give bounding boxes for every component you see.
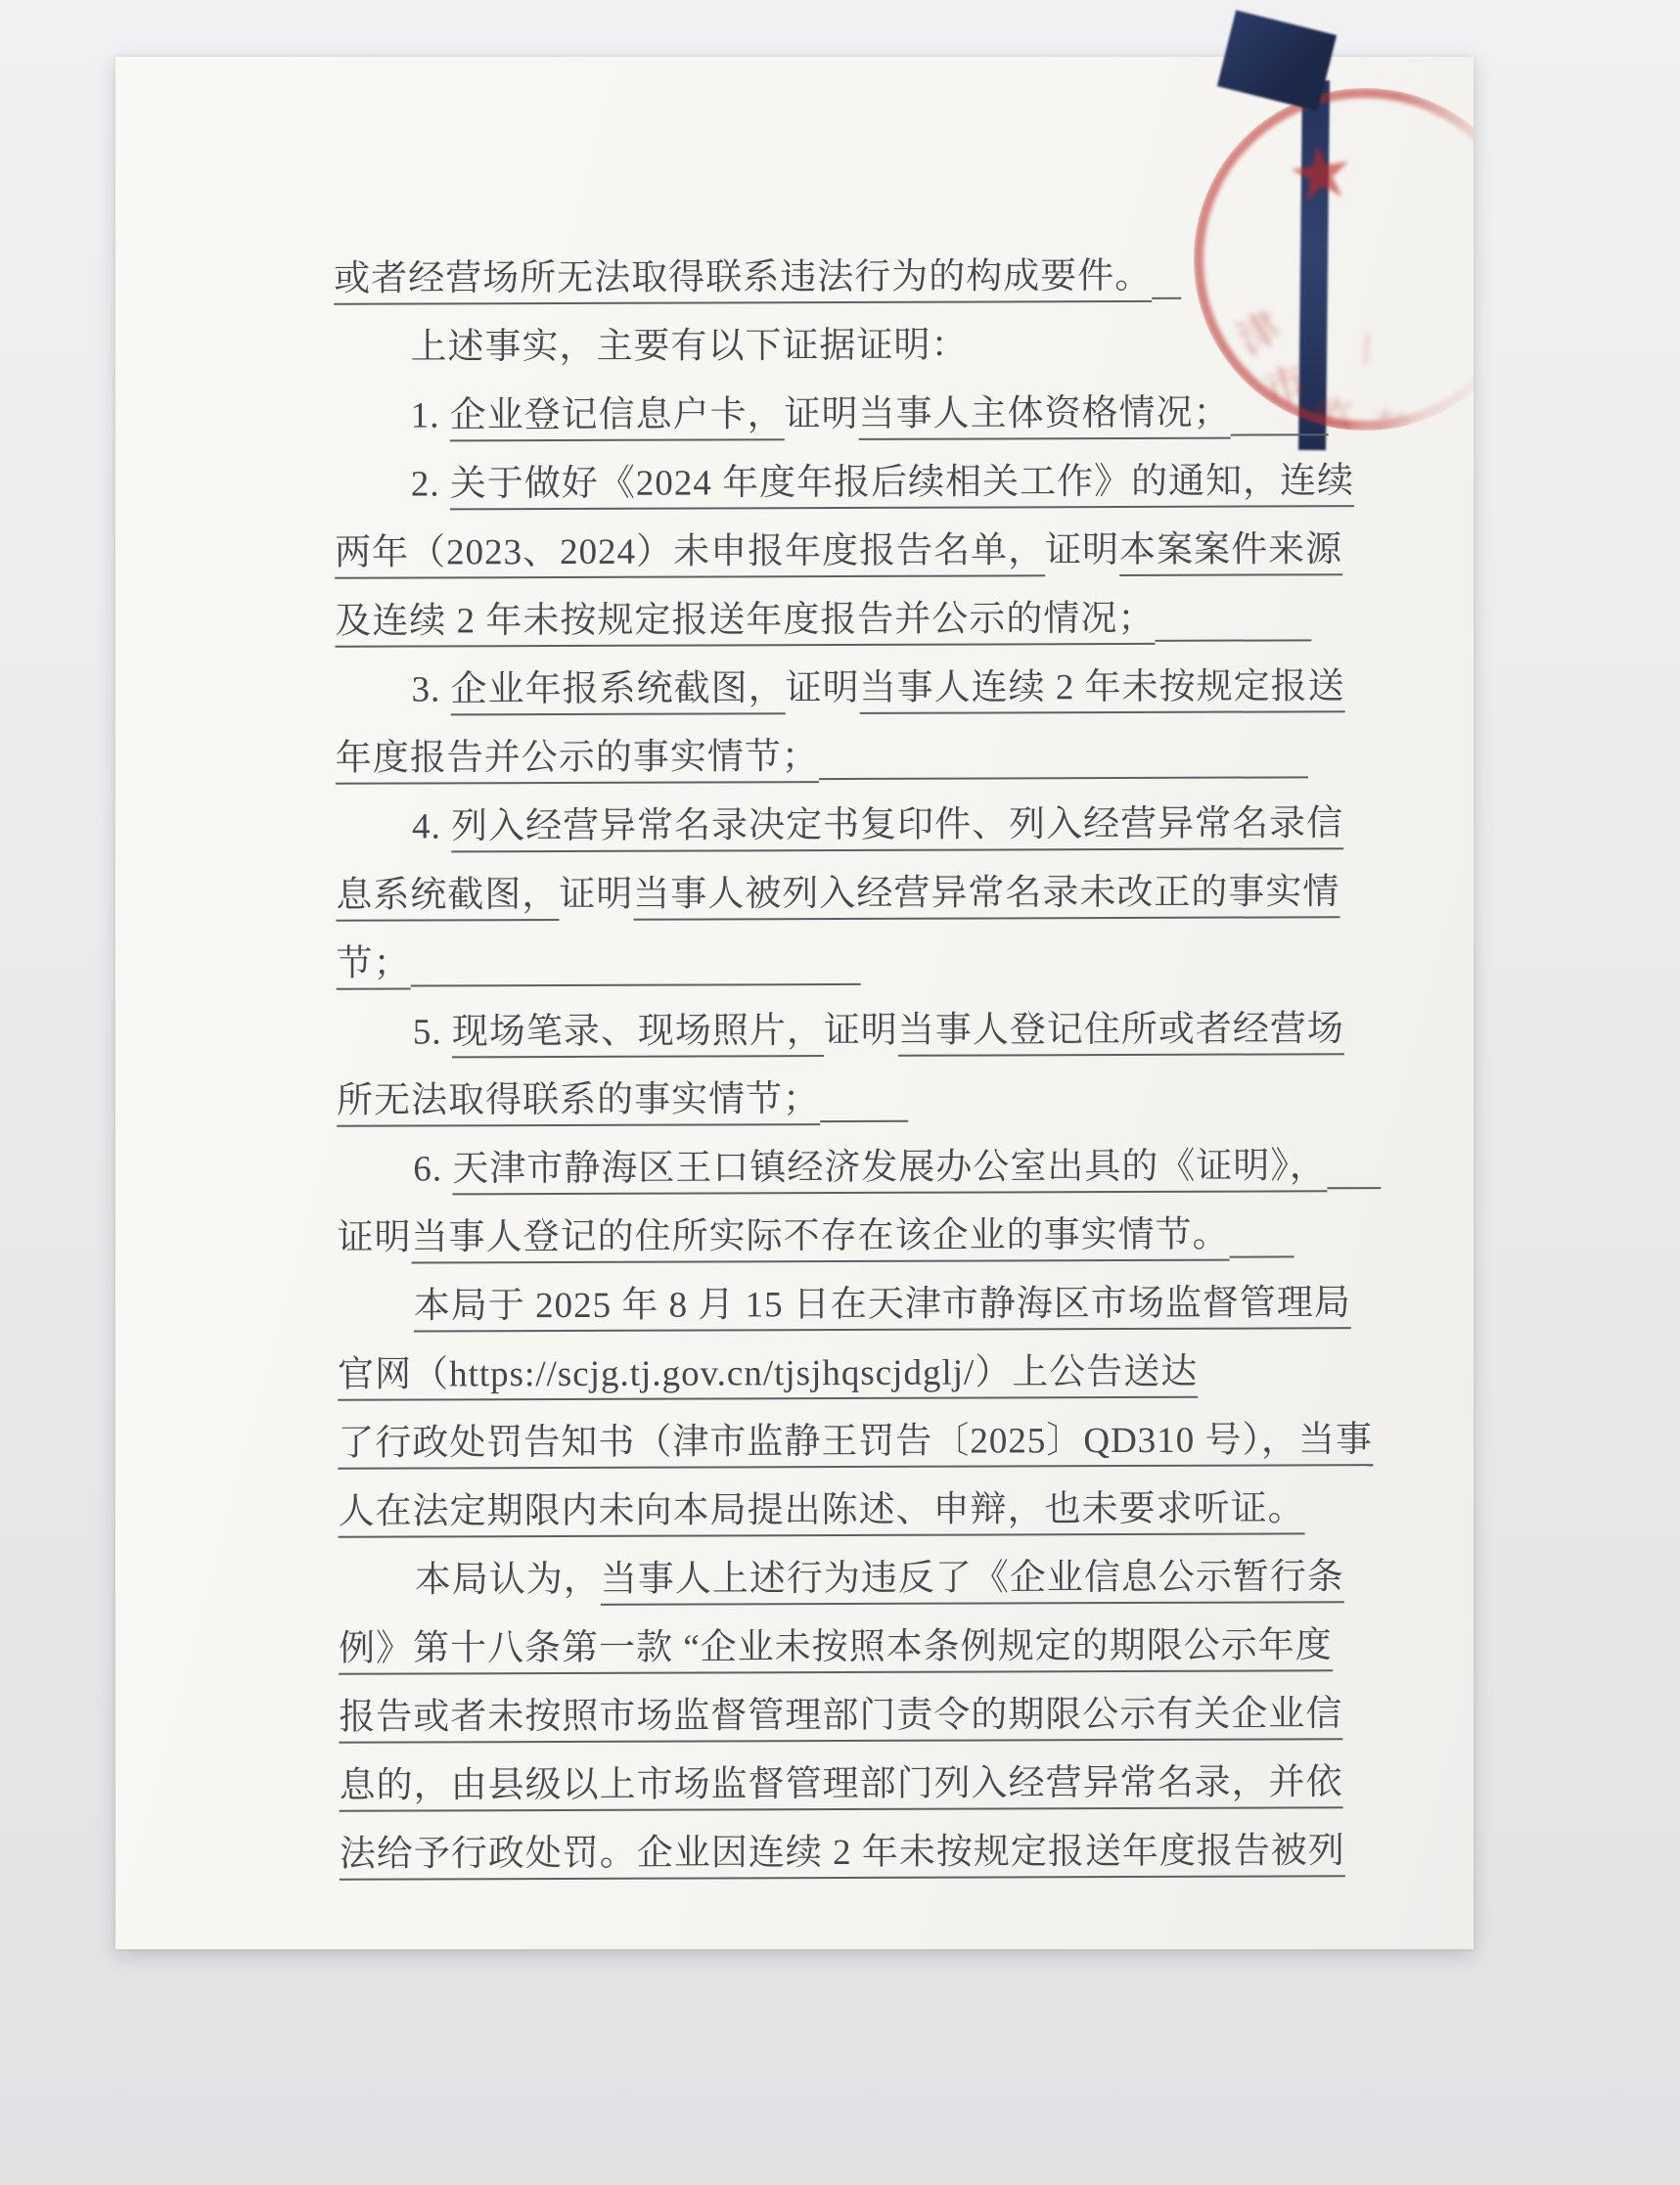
text-segment: 证明 xyxy=(786,668,860,712)
text-segment: 上述事实，主要有以下证据证明： xyxy=(410,326,968,372)
text-segment: 证明 xyxy=(338,1218,412,1262)
text-segment: 证明 xyxy=(559,875,633,919)
text-line: 本局认为，当事人上述行为违反了《企业信息公示暂行条 xyxy=(339,1552,1346,1624)
underline-extension xyxy=(1229,1209,1294,1257)
text-line: 上述事实，主要有以下证据证明： xyxy=(334,319,1341,391)
seal-star-icon: ★ xyxy=(1283,133,1359,216)
text-segment: 证明 xyxy=(1045,530,1119,574)
underlined-text-segment: 报告或者未按照市场监督管理部门责令的期限公示有关企业信 xyxy=(339,1694,1342,1744)
underlined-text-segment: 所无法取得联系的事实情节； xyxy=(337,1079,820,1127)
underlined-text-segment: 列入经营异常名录决定书复印件、列入经营异常名录信 xyxy=(451,803,1343,852)
text-line: 息系统截图，证明当事人被列入经营异常名录未改正的事实情 xyxy=(336,867,1343,939)
underline-extension xyxy=(1231,387,1329,435)
text-line: 两年（2023、2024）未申报年度报告名单，证明本案案件来源 xyxy=(335,524,1342,597)
text-line: 4. 列入经营异常名录决定书复印件、列入经营异常名录信 xyxy=(336,798,1343,871)
underlined-text-segment: 当事人上述行为违反了《企业信息公示暂行条 xyxy=(601,1557,1344,1606)
text-line: 息的，由县级以上市场监督管理部门列入经营异常名录，并依 xyxy=(339,1757,1346,1830)
text-line: 证明当事人登记的住所实际不存在该企业的事实情节。 xyxy=(337,1209,1344,1282)
text-segment: 4. xyxy=(412,806,451,850)
text-line: 官网（https://scjg.tj.gov.cn/tjsjhqscjdglj/… xyxy=(338,1346,1345,1419)
text-line: 或者经营场所无法取得联系违法行为的构成要件。 xyxy=(334,250,1341,323)
underlined-text-segment: 本局于 2025 年 8 月 15 日在天津市静海区市场监督管理局 xyxy=(414,1283,1351,1332)
underlined-text-segment: 及连续 2 年未按规定报送年度报告并公示的情况； xyxy=(335,599,1155,648)
text-segment: 证明 xyxy=(824,1011,898,1055)
text-line: 3. 企业年报系统截图，证明当事人连续 2 年未按规定报送 xyxy=(336,661,1343,734)
text-line: 及连续 2 年未按规定报送年度报告并公示的情况； xyxy=(335,593,1342,665)
text-line: 本局于 2025 年 8 月 15 日在天津市静海区市场监督管理局 xyxy=(338,1278,1345,1350)
scanned-document-photo: ★ 津 市 监 静 丨 或者经营场所无法取得联系违法行为的构成要件。上述事实，主… xyxy=(0,0,1680,2185)
underline-extension xyxy=(1327,1141,1381,1189)
text-line: 1. 企业登记信息户卡，证明当事人主体资格情况； xyxy=(335,387,1342,460)
text-line: 2. 关于做好《2024 年度年报后续相关工作》的通知，连续 xyxy=(335,456,1342,528)
underline-extension xyxy=(411,937,861,987)
text-line: 了行政处罚告知书（津市监静王罚告〔2025〕QD310 号），当事 xyxy=(338,1415,1345,1487)
seal-character-mark: 静 xyxy=(1366,395,1419,461)
text-line: 报告或者未按照市场监督管理部门责令的期限公示有关企业信 xyxy=(339,1689,1346,1761)
underlined-text-segment: 节； xyxy=(337,944,411,990)
text-segment: 2. xyxy=(411,464,450,508)
underline-extension xyxy=(1152,251,1181,299)
document-text: 或者经营场所无法取得联系违法行为的构成要件。上述事实，主要有以下证据证明：1. … xyxy=(334,250,1347,1898)
document-page: ★ 津 市 监 静 丨 或者经营场所无法取得联系违法行为的构成要件。上述事实，主… xyxy=(115,57,1474,1949)
underlined-text-segment: 当事人连续 2 年未按规定报送 xyxy=(860,666,1345,714)
underlined-text-segment: 官网（https://scjg.tj.gov.cn/tjsjhqscjdglj/… xyxy=(338,1352,1198,1401)
text-segment: 本局认为， xyxy=(415,1560,601,1605)
underlined-text-segment: 本案案件来源 xyxy=(1119,529,1342,576)
underlined-text-segment: 当事人主体资格情况； xyxy=(859,393,1231,440)
underlined-text-segment: 天津市静海区王口镇经济发展办公室出具的《证明》， xyxy=(452,1146,1327,1195)
underlined-text-segment: 了行政处罚告知书（津市监静王罚告〔2025〕QD310 号），当事 xyxy=(338,1420,1373,1470)
underlined-text-segment: 法给予行政处罚。企业因连续 2 年未按规定报送年度报告被列 xyxy=(340,1831,1345,1881)
underlined-text-segment: 年度报告并公示的事实情节； xyxy=(336,737,819,785)
text-line: 人在法定期限内未向本局提出陈述、申辩，也未要求听证。 xyxy=(338,1483,1345,1556)
underlined-text-segment: 当事人被列入经营异常名录未改正的事实情 xyxy=(633,872,1339,921)
underlined-text-segment: 关于做好《2024 年度年报后续相关工作》的通知，连续 xyxy=(450,461,1354,510)
text-segment: 3. xyxy=(412,669,451,713)
text-line: 年度报告并公示的事实情节； xyxy=(336,730,1343,802)
underlined-text-segment: 当事人登记住所或者经营场 xyxy=(898,1009,1344,1057)
text-line: 节； xyxy=(337,935,1344,1008)
text-line: 所无法取得联系的事实情节； xyxy=(337,1072,1344,1145)
text-segment: 6. xyxy=(413,1149,452,1193)
text-line: 6. 天津市静海区王口镇经济发展办公室出具的《证明》， xyxy=(337,1141,1344,1213)
text-segment: 5. xyxy=(413,1012,452,1056)
text-line: 例》第十八条第一款 “企业未按照本条例规定的期限公示年度 xyxy=(339,1620,1346,1693)
underlined-text-segment: 息系统截图， xyxy=(336,875,559,922)
underline-extension xyxy=(820,1074,908,1122)
text-segment: 1. xyxy=(411,395,450,439)
text-segment: 证明 xyxy=(785,394,859,438)
underline-extension xyxy=(819,730,1308,780)
underlined-text-segment: 企业登记信息户卡， xyxy=(450,394,785,441)
underlined-text-segment: 例》第十八条第一款 “企业未按照本条例规定的期限公示年度 xyxy=(339,1625,1333,1675)
underline-extension xyxy=(1155,593,1311,642)
underlined-text-segment: 现场笔录、现场照片， xyxy=(452,1011,824,1058)
underlined-text-segment: 或者经营场所无法取得联系违法行为的构成要件。 xyxy=(334,256,1152,305)
underlined-text-segment: 人在法定期限内未向本局提出陈述、申辩，也未要求听证。 xyxy=(338,1488,1304,1537)
text-line: 5. 现场笔录、现场照片，证明当事人登记住所或者经营场 xyxy=(337,1004,1344,1076)
seal-character-mark: 丨 xyxy=(1348,322,1385,372)
underlined-text-segment: 两年（2023、2024）未申报年度报告名单， xyxy=(335,530,1045,579)
text-line: 法给予行政处罚。企业因连续 2 年未按规定报送年度报告被列 xyxy=(340,1826,1347,1898)
underlined-text-segment: 息的，由县级以上市场监督管理部门列入经营异常名录，并依 xyxy=(339,1762,1342,1812)
underlined-text-segment: 当事人登记的住所实际不存在该企业的事实情节。 xyxy=(412,1215,1230,1264)
underlined-text-segment: 企业年报系统截图， xyxy=(451,668,786,715)
